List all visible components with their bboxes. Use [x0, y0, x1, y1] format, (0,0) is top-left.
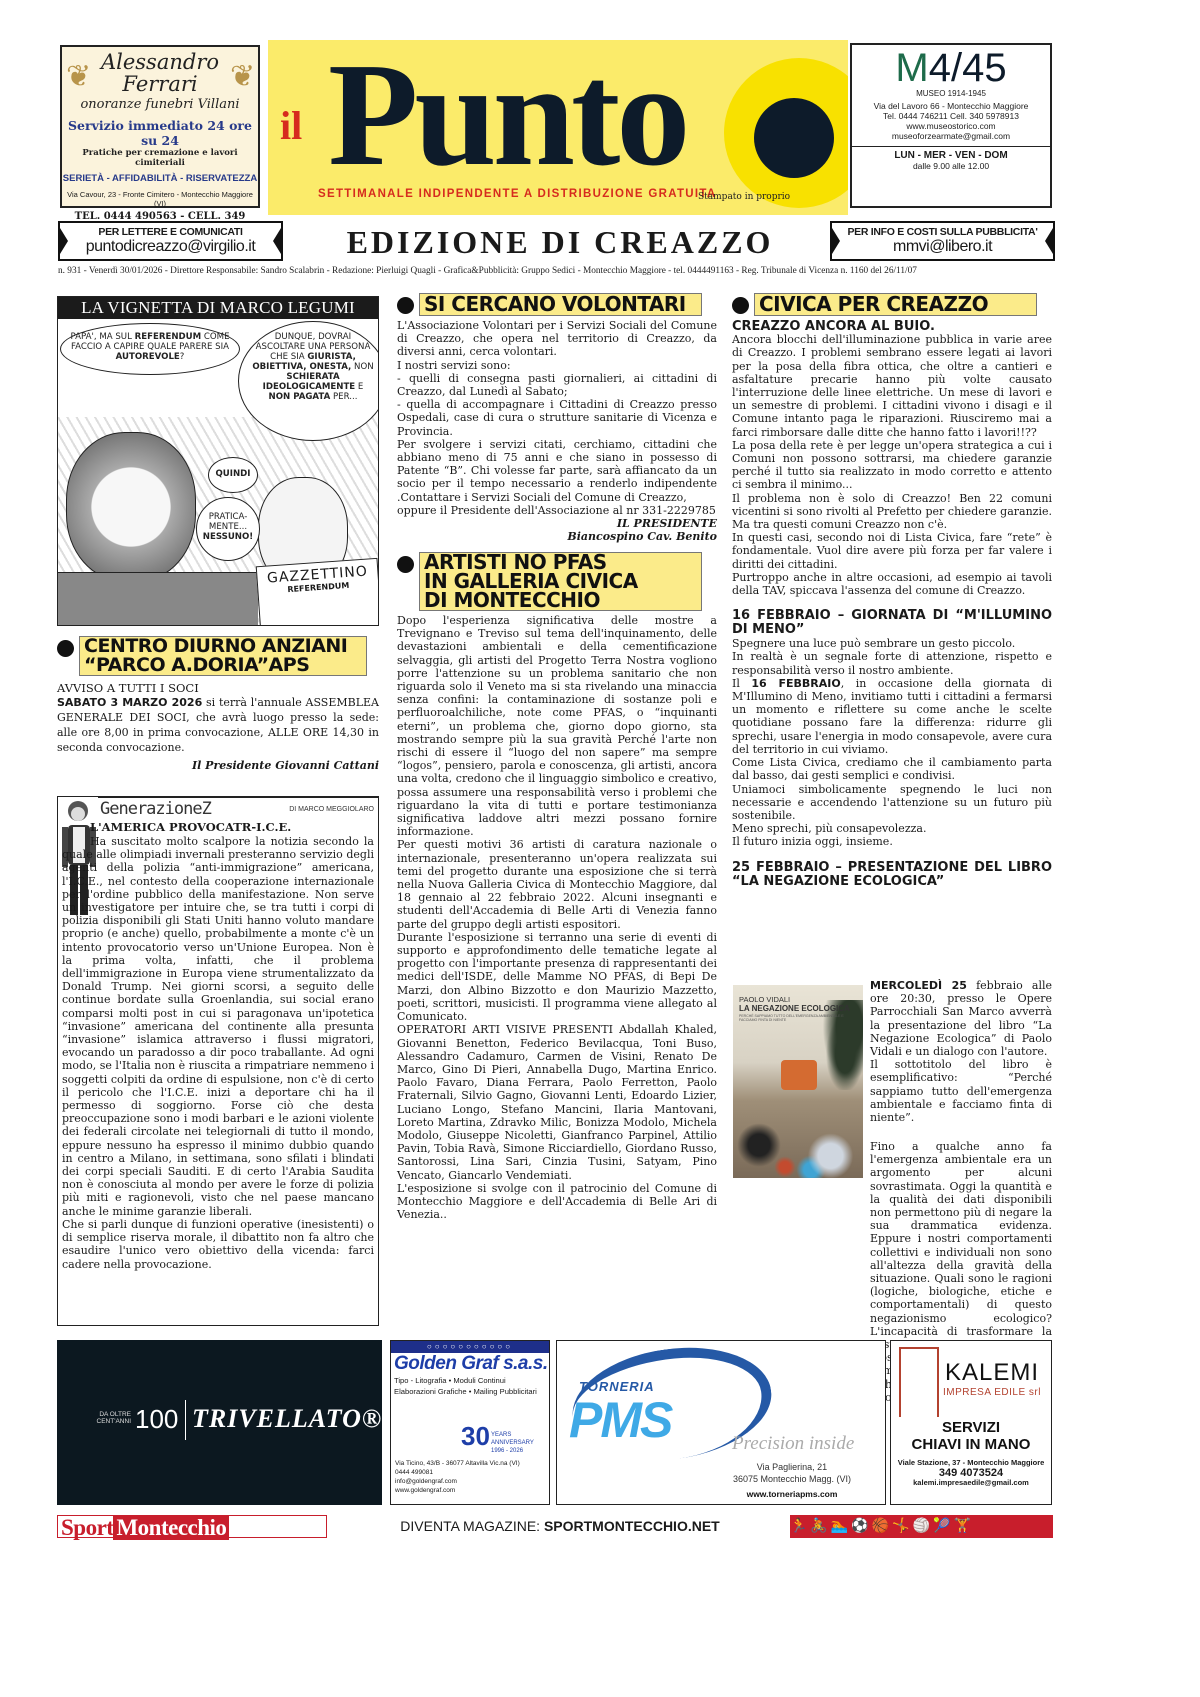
masthead-printed: Stampato in proprio — [698, 192, 790, 202]
centro-body: SABATO 3 MARZO 2026 si terrà l'annuale A… — [57, 695, 379, 755]
location-icon-line: Via Ticino, 43/B - 36077 Altavilla Vic.n… — [395, 1459, 520, 1468]
masthead: il Punto SETTIMANALE INDIPENDENTE A DIST… — [268, 40, 848, 215]
ferrari-subtitle: onoranze funebri Villani — [62, 97, 258, 112]
generazione-z-body-1: Ha suscitato molto scalpore la notizia s… — [62, 835, 374, 1218]
ad-golden-graf[interactable]: ○○○○○○○○○○○ Golden Graf s.a.s. Tipo - Li… — [390, 1340, 550, 1505]
info-email-box[interactable]: PER INFO E COSTI SULLA PUBBLICITA' mmvi@… — [830, 221, 1055, 261]
article-generazione-z: GenerazioneZ DI MARCO MEGGIOLARO L'AMERI… — [57, 796, 379, 1326]
generazione-z-title: L'AMERICA PROVOCATR-I.C.E. — [90, 821, 374, 834]
masthead-tagline: SETTIMANALE INDIPENDENTE A DISTRIBUZIONE… — [318, 188, 716, 200]
masthead-il: il — [280, 102, 302, 149]
web-icon-line: www.goldengraf.com — [395, 1486, 520, 1495]
ad-torneria-pms[interactable]: TORNERIA PMS Precision inside Via Paglie… — [556, 1340, 886, 1505]
magazine-link[interactable]: SPORTMONTECCHIO.NET — [544, 1518, 720, 1534]
heading-volontari: SI CERCANO VOLONTARI — [397, 293, 702, 316]
speech-bubble-nessuno: PRATICA-MENTE...NESSUNO! — [196, 497, 260, 561]
museo-logo: M4/45 — [852, 49, 1050, 87]
ferrari-practices: Pratiche per cremazione e lavori cimiter… — [62, 148, 258, 168]
cartoon-vignetta: LA VIGNETTA DI MARCO LEGUMI PAPA', MA SU… — [57, 296, 379, 626]
ad-kalemi[interactable]: KALEMI IMPRESA EDILE srl SERVIZICHIAVI I… — [890, 1340, 1052, 1505]
civica-book-text: MERCOLEDÌ 25 febbraio alle ore 20:30, pr… — [870, 979, 1052, 1124]
speech-bubble-child: PAPA', MA SUL REFERENDUM COME FACCIO A C… — [60, 323, 240, 375]
museo-hours: dalle 9.00 alle 12.00 — [852, 161, 1050, 171]
bullet-icon — [57, 640, 74, 657]
cartoon-newspaper: GAZZETTINO REFERENDUM — [256, 558, 379, 626]
article-artisti-no-pfas: ARTISTI NO PFASIN GALLERIA CIVICADI MONT… — [397, 552, 717, 1221]
generazione-z-body-2: Che si parli dunque di funzioni operativ… — [62, 1218, 374, 1271]
cartoon-child-figure — [66, 432, 196, 582]
laurel-right-icon: ❦ — [230, 59, 254, 119]
edition-title: EDIZIONE DI CREAZZO — [300, 224, 820, 261]
heading-civica: CIVICA PER CREAZZO — [732, 293, 1037, 316]
ferrari-values: SERIETÀ - AFFIDABILITÀ - RISERVATEZZA — [62, 173, 258, 184]
ad-trivellato[interactable]: DA OLTRE CENT'ANNI 100 TRIVELLATO® — [57, 1340, 382, 1505]
museo-name: MUSEO 1914-1945 — [852, 89, 1050, 98]
trivellato-brand: TRIVELLATO® — [192, 1404, 382, 1434]
centro-notice: AVVISO A TUTTI I SOCI — [57, 682, 379, 695]
museo-days: LUN - MER - VEN - DOM — [852, 146, 1050, 161]
laurel-left-icon: ❦ — [66, 59, 90, 119]
article-centro-diurno: CENTRO DIURNO ANZIANI“PARCO A.DORIA”APS … — [57, 636, 379, 772]
centro-signature: Il Presidente Giovanni Cattani — [57, 759, 379, 772]
generazione-z-logo: GenerazioneZ — [100, 799, 211, 819]
speech-bubble-quindi: QUINDI — [208, 457, 258, 493]
info-email-link[interactable]: mmvi@libero.it — [832, 238, 1053, 256]
civica-section-3-title: 25 FEBBRAIO – PRESENTAZIONE DEL LIBRO “L… — [732, 861, 1052, 889]
ferrari-service: Servizio immediato 24 ore su 24 — [62, 118, 258, 148]
torneria-logo: PMS — [569, 1391, 671, 1449]
civica-section-2-title: 16 FEBBRAIO – GIORNATA DI “M'ILLUMINO DI… — [732, 609, 1052, 637]
anniversary-badge: 30 — [461, 1421, 490, 1452]
article-volontari: SI CERCANO VOLONTARI L'Associazione Volo… — [397, 293, 717, 543]
beach-chairs-icon — [781, 1060, 817, 1090]
heading-centro-diurno: CENTRO DIURNO ANZIANI“PARCO A.DORIA”APS — [57, 636, 367, 676]
phone-icon-line: 0444 499081 — [395, 1468, 520, 1477]
article-civica: CIVICA PER CREAZZO CREAZZO ANCORA AL BUI… — [732, 293, 1052, 889]
cartoon-arms — [58, 572, 258, 626]
masthead-circle-icon — [724, 58, 848, 208]
ferrari-name-1: Alessandro — [62, 51, 258, 73]
info-label: PER INFO E COSTI SULLA PUBBLICITA' — [832, 226, 1053, 238]
footer-sport-montecchio-logo: SportMontecchio — [57, 1515, 327, 1538]
letters-label: PER LETTERE E COMUNICATI — [60, 226, 281, 238]
letters-email-link[interactable]: puntodicreazzo@virgilio.it — [60, 238, 281, 256]
masthead-title: Punto — [328, 40, 686, 200]
email-icon-line: info@goldengraf.com — [395, 1477, 520, 1486]
heading-artisti: ARTISTI NO PFASIN GALLERIA CIVICADI MONT… — [397, 552, 702, 611]
bullet-icon — [732, 297, 749, 314]
museo-info: Via del Lavoro 66 - Montecchio Maggiore … — [852, 101, 1050, 141]
imprint-line: n. 931 - Venerdì 30/01/2026 - Direttore … — [58, 266, 1053, 276]
bullet-icon — [397, 297, 414, 314]
ferrari-name-2: Ferrari — [62, 73, 258, 95]
torneria-web-link[interactable]: www.torneriapms.com — [717, 1489, 867, 1499]
ad-ferrari-funeral: ❦ ❦ Alessandro Ferrari onoranze funebri … — [60, 45, 260, 208]
letters-email-box[interactable]: PER LETTERE E COMUNICATI puntodicreazzo@… — [58, 221, 283, 261]
ferrari-address: Via Cavour, 23 - Fronte Cimitero - Monte… — [62, 190, 258, 208]
civica-section-1-title: CREAZZO ANCORA AL BUIO. — [732, 320, 1052, 333]
building-icon — [899, 1347, 939, 1417]
bullet-icon — [397, 556, 414, 573]
cartoon-title: LA VIGNETTA DI MARCO LEGUMI — [58, 297, 378, 319]
speech-bubble-father: DUNQUE, DOVRAI ASCOLTARE UNA PERSONA CHE… — [238, 321, 379, 441]
ad-museo: M4/45 MUSEO 1914-1945 Via del Lavoro 66 … — [850, 43, 1052, 208]
volontari-signature-1: IL PRESIDENTE — [397, 517, 717, 530]
sports-icons-strip: 🏃🚴🏊⚽🏀🤸🏐🎾🏋 — [790, 1515, 1053, 1538]
volontari-signature-2: Biancospino Cav. Benito — [397, 530, 717, 543]
golden-graf-name: Golden Graf s.a.s. — [391, 1353, 549, 1375]
generazione-z-author: DI MARCO MEGGIOLARO — [289, 806, 374, 813]
footer-magazine[interactable]: DIVENTA MAGAZINE: SPORTMONTECCHIO.NET — [335, 1515, 785, 1538]
